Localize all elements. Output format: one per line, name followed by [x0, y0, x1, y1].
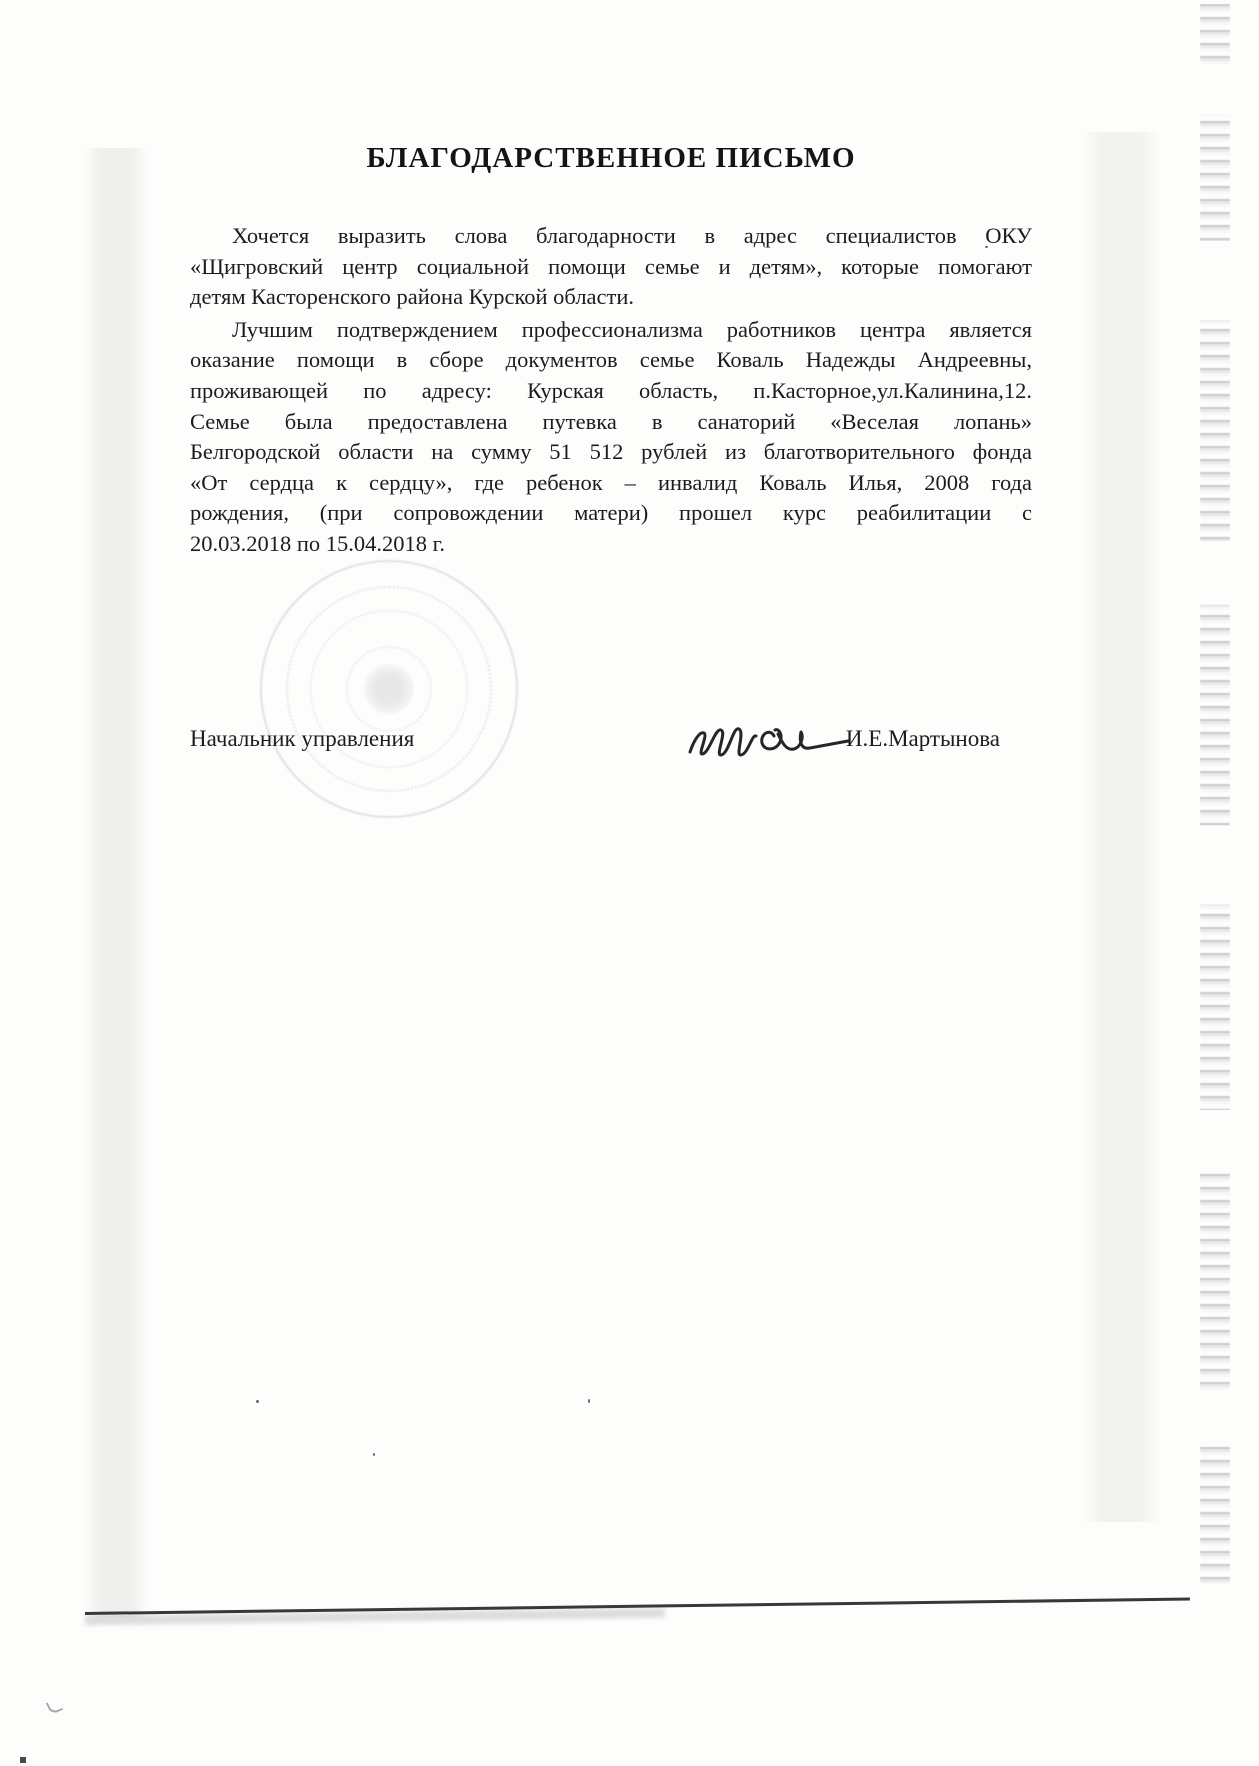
signer-position: Начальник управления [190, 726, 414, 752]
body-line: Белгородской области на сумму 51 512 руб… [190, 437, 1032, 468]
scan-speck [373, 1453, 375, 1456]
stamp-emblem [364, 664, 414, 714]
body-line: Хочется выразить слова благодарности в а… [190, 221, 1032, 252]
body-line: детям Касторенского района Курской облас… [190, 282, 1032, 313]
scan-speck [588, 1399, 590, 1403]
stamp-outer-ring [260, 560, 518, 818]
scan-speck [985, 246, 988, 248]
body-line: «Щигровский центр социальной помощи семь… [190, 252, 1032, 283]
handwritten-signature [682, 706, 862, 766]
scan-speck [256, 1400, 259, 1403]
scan-mark-squiggle [46, 1698, 63, 1715]
letter-title: БЛАГОДАРСТВЕННОЕ ПИСЬМО [190, 142, 1032, 175]
body-line: рождения, (при сопровождении матери) про… [190, 498, 1032, 529]
body-line: Лучшим подтверждением профессионализма р… [190, 315, 1032, 346]
scanned-letter-page: БЛАГОДАРСТВЕННОЕ ПИСЬМО Хочется выразить… [0, 0, 1259, 1766]
signer-name: И.Е.Мартынова [846, 726, 1000, 752]
body-line: оказание помощи в сборе документов семье… [190, 345, 1032, 376]
body-line: проживающей по адресу: Курская область, … [190, 376, 1032, 407]
body-line: Семье была предоставлена путевка в санат… [190, 407, 1032, 438]
scan-mark-square [20, 1757, 26, 1763]
scan-shading-left [84, 148, 148, 1618]
paragraph-1: Хочется выразить слова благодарности в а… [190, 221, 1032, 313]
body-line: 20.03.2018 по 15.04.2018 г. [190, 529, 1032, 560]
signature-row: Начальник управления И.Е.Мартынова [190, 712, 1032, 768]
letter-body: Хочется выразить слова благодарности в а… [190, 221, 1032, 560]
scan-shading-right [1082, 132, 1160, 1522]
scan-bleedthrough-strip [1200, 4, 1230, 1584]
paragraph-2: Лучшим подтверждением профессионализма р… [190, 315, 1032, 560]
official-round-stamp [260, 560, 518, 818]
body-line: «От сердца к сердцу», где ребенок – инва… [190, 468, 1032, 499]
